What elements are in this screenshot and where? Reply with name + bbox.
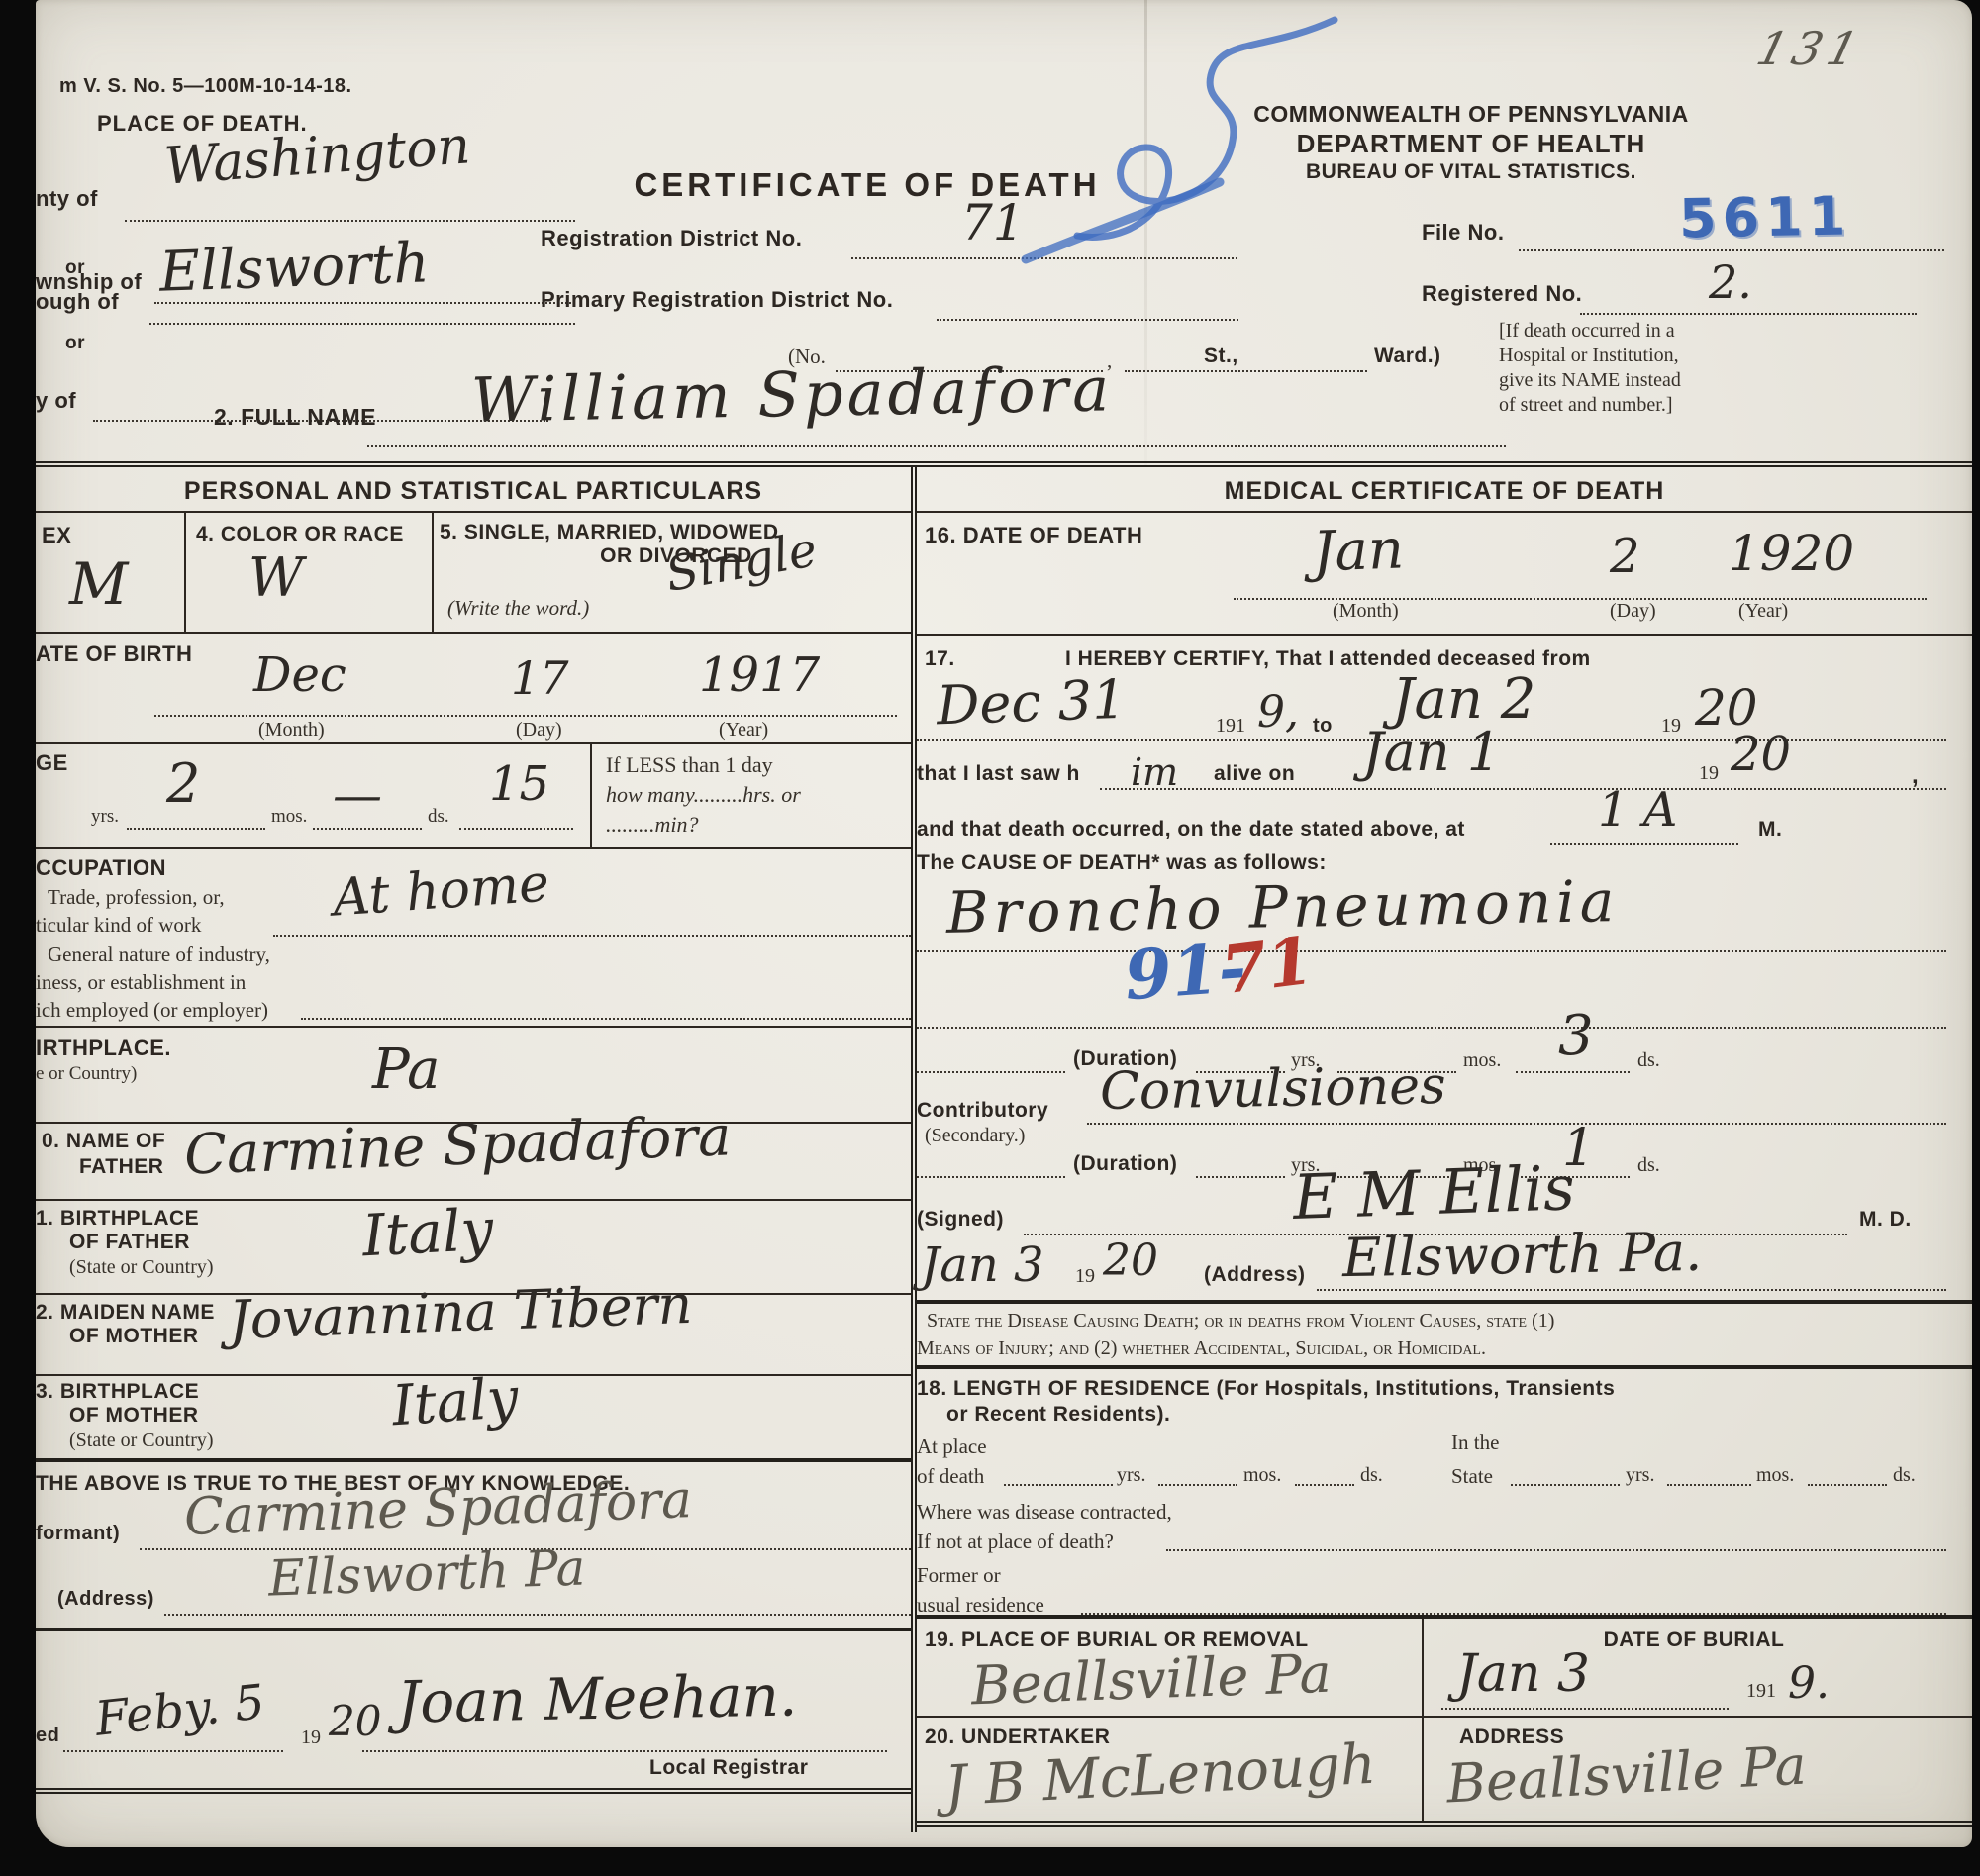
cell-divider bbox=[590, 744, 592, 847]
at-place-label-1: At place bbox=[917, 1434, 987, 1459]
m-label: M. bbox=[1758, 818, 1782, 841]
undertaker-row: 20. UNDERTAKER J B McLenough ADDRESS Bea… bbox=[917, 1718, 1972, 1827]
dod-day: 2 bbox=[1610, 529, 1640, 584]
county-label: nty of bbox=[36, 186, 98, 212]
contracted-line bbox=[1166, 1549, 1946, 1551]
certification-block: 17. I HEREBY CERTIFY, That I attended de… bbox=[917, 636, 1972, 1304]
dob-day: 17 bbox=[511, 651, 569, 705]
age-ds-line bbox=[459, 828, 573, 830]
residence-label-1: 18. LENGTH OF RESIDENCE (For Hospitals, … bbox=[917, 1377, 1615, 1401]
burial-year-value: 9. bbox=[1788, 1658, 1830, 1709]
primary-registration-label: Primary Registration District No. bbox=[541, 287, 893, 313]
race-value: W bbox=[248, 546, 304, 609]
filed-date-value: Feby. 5 bbox=[93, 1674, 268, 1747]
registered-no-label: Registered No. bbox=[1422, 281, 1582, 307]
city-label: y of bbox=[36, 388, 76, 414]
length-of-residence-row: 18. LENGTH OF RESIDENCE (For Hospitals, … bbox=[917, 1369, 1972, 1619]
sex-race-marital-row: EX M 4. COLOR OR RACE W 5. SINGLE, MARRI… bbox=[36, 513, 911, 634]
or-label-2: or bbox=[65, 333, 85, 354]
last-saw-pre: that I last saw h bbox=[917, 762, 1080, 786]
father-label-1: 0. NAME OF bbox=[42, 1130, 165, 1153]
duration1-ds-line bbox=[1516, 1071, 1630, 1073]
file-no-label: File No. bbox=[1422, 220, 1504, 246]
atplace-mos-caption: mos. bbox=[1243, 1464, 1281, 1487]
former-label-1: Former or bbox=[917, 1563, 1001, 1588]
filed-label: ed bbox=[36, 1725, 59, 1747]
father-name-row: 0. NAME OF FATHER Carmine Spadafora bbox=[36, 1124, 911, 1201]
contributory-line bbox=[1087, 1123, 1946, 1125]
instate-mos-line bbox=[1667, 1484, 1751, 1486]
time-value: 1 A bbox=[1598, 782, 1677, 838]
race-label: 4. COLOR OR RACE bbox=[196, 523, 404, 546]
borough-line bbox=[149, 323, 575, 325]
saw-year-value: 20 bbox=[1731, 727, 1791, 782]
father-birthplace-value: Italy bbox=[360, 1196, 495, 1270]
time-line bbox=[1550, 843, 1738, 845]
burial-year-printed: 191 bbox=[1746, 1680, 1776, 1703]
filed-year-value: 20 bbox=[329, 1697, 381, 1745]
full-name-value: William Spadafora bbox=[470, 352, 1113, 436]
right-section-title: MEDICAL CERTIFICATE OF DEATH bbox=[917, 467, 1972, 513]
duration2-yrs-line bbox=[1196, 1176, 1285, 1178]
birthplace-caption: e or Country) bbox=[36, 1063, 137, 1085]
county-line bbox=[125, 220, 575, 222]
instate-yrs-caption: yrs. bbox=[1626, 1464, 1654, 1487]
occupation-a1: Trade, profession, or, bbox=[48, 885, 225, 910]
mother-bp-caption: (State or Country) bbox=[69, 1430, 214, 1452]
st-label: St., bbox=[1204, 345, 1238, 368]
dod-year: 1920 bbox=[1729, 525, 1854, 582]
father-bp-caption: (State or Country) bbox=[69, 1256, 214, 1279]
age-yrs-caption: yrs. bbox=[91, 806, 119, 828]
contributory-value: Convulsiones bbox=[1100, 1056, 1447, 1122]
mother-label-2: OF MOTHER bbox=[69, 1325, 199, 1348]
occupation-value: At home bbox=[331, 853, 551, 928]
mother-label-1: 2. MAIDEN NAME bbox=[36, 1301, 215, 1325]
attended-from-date: Dec 31 bbox=[936, 668, 1127, 738]
mother-name-row: 2. MAIDEN NAME OF MOTHER Jovannina Tiber… bbox=[36, 1295, 911, 1376]
mother-birthplace-value: Italy bbox=[390, 1366, 521, 1439]
borough-value: Ellsworth bbox=[158, 231, 431, 304]
ward-label: Ward.) bbox=[1374, 345, 1441, 368]
dob-label: ATE OF BIRTH bbox=[36, 642, 192, 667]
mother-bp-label-2: OF MOTHER bbox=[69, 1404, 199, 1428]
last-saw-line bbox=[1100, 788, 1946, 790]
less-than-day-note-3: .........min? bbox=[606, 812, 699, 838]
dod-label: 16. DATE OF DEATH bbox=[925, 523, 1142, 548]
registrar-signature: Joan Meehan. bbox=[396, 1661, 797, 1735]
sex-value: M bbox=[69, 550, 128, 618]
medical-certificate-column: MEDICAL CERTIFICATE OF DEATH 16. DATE OF… bbox=[911, 467, 1972, 1832]
undertaker-label: 20. UNDERTAKER bbox=[925, 1726, 1110, 1749]
dod-month: Jan bbox=[1312, 517, 1405, 584]
date-of-birth-row: ATE OF BIRTH Dec 17 1917 (Month) (Day) (… bbox=[36, 634, 911, 744]
cell-divider bbox=[1422, 1718, 1424, 1821]
duration2-ds-caption: ds. bbox=[1637, 1154, 1660, 1177]
duration1-value: 3 bbox=[1558, 1004, 1594, 1068]
father-bp-label-2: OF FATHER bbox=[69, 1231, 190, 1254]
sex-label: EX bbox=[42, 523, 71, 548]
cause-line-2 bbox=[917, 1027, 1946, 1029]
signed-label: (Signed) bbox=[917, 1208, 1004, 1232]
informant-address-line bbox=[164, 1614, 911, 1616]
registered-no-value: 2. bbox=[1709, 255, 1752, 309]
age-ds-value: 15 bbox=[489, 756, 549, 812]
full-name-label: 2. FULL NAME bbox=[214, 404, 376, 431]
in-state-label-2: State bbox=[1451, 1464, 1493, 1489]
last-saw-him: im bbox=[1131, 750, 1178, 794]
saw-year-printed: 19 bbox=[1699, 762, 1719, 785]
cell-divider bbox=[1422, 1619, 1424, 1716]
to-word: to bbox=[1313, 715, 1333, 738]
informant-label: formant) bbox=[36, 1523, 120, 1545]
age-yrs-line bbox=[127, 828, 265, 830]
former-line bbox=[1081, 1613, 1946, 1615]
dob-month: Dec bbox=[253, 647, 346, 703]
occupation-line-b bbox=[301, 1018, 911, 1020]
form-number: m V. S. No. 5—100M-10-14-18. bbox=[59, 75, 352, 98]
duration1-ds-caption: ds. bbox=[1637, 1049, 1660, 1072]
burial-date-line bbox=[1441, 1708, 1729, 1710]
at-place-label-2: of death bbox=[917, 1464, 984, 1489]
contributory-label: Contributory bbox=[917, 1099, 1048, 1123]
cause-line-1 bbox=[917, 950, 1946, 952]
full-name-line bbox=[367, 445, 1506, 447]
dod-day-caption: (Day) bbox=[1610, 600, 1656, 623]
occupation-label: CCUPATION bbox=[36, 855, 166, 881]
informant-address-value: Ellsworth Pa bbox=[267, 1538, 586, 1607]
burial-date-value: Jan 3 bbox=[1456, 1644, 1590, 1704]
age-mos-caption: mos. bbox=[271, 806, 307, 828]
registration-district-value: 71 bbox=[961, 194, 1025, 251]
instate-ds-line bbox=[1808, 1484, 1887, 1486]
occurred-text: and that death occurred, on the date sta… bbox=[917, 818, 1465, 841]
duration2-label: (Duration) bbox=[1073, 1152, 1177, 1176]
left-section-title: PERSONAL AND STATISTICAL PARTICULARS bbox=[36, 467, 911, 513]
father-label-2: FATHER bbox=[79, 1155, 163, 1179]
item-17-number: 17. bbox=[925, 647, 955, 671]
cell-divider bbox=[184, 513, 186, 632]
file-no-stamp: 5611 bbox=[1678, 184, 1851, 249]
md-label: M. D. bbox=[1859, 1208, 1912, 1232]
age-mos-line bbox=[313, 828, 422, 830]
birthplace-row: IRTHPLACE. e or Country) Pa bbox=[36, 1028, 911, 1124]
borough-label: ough of bbox=[36, 289, 119, 315]
scanned-death-certificate: m V. S. No. 5—100M-10-14-18. PLACE OF DE… bbox=[0, 0, 1980, 1876]
page-number-pencil: 131 bbox=[1751, 22, 1869, 75]
form-body: PERSONAL AND STATISTICAL PARTICULARS EX … bbox=[36, 461, 1972, 1832]
secondary-caption: (Secondary.) bbox=[925, 1125, 1025, 1147]
registration-district-label: Registration District No. bbox=[541, 226, 802, 251]
certificate-paper: m V. S. No. 5—100M-10-14-18. PLACE OF DE… bbox=[36, 0, 1972, 1847]
last-saw-post: alive on bbox=[1214, 762, 1295, 786]
atplace-ds-line bbox=[1295, 1484, 1354, 1486]
duration2-lead-line bbox=[917, 1176, 1065, 1178]
atplace-yrs-line bbox=[1004, 1484, 1113, 1486]
signature-address-value: Ellsworth Pa. bbox=[1341, 1221, 1702, 1289]
undertaker-address-label: ADDRESS bbox=[1459, 1726, 1564, 1749]
duration1-lead-line bbox=[917, 1071, 1065, 1073]
informant-address-row: (Address) Ellsworth Pa bbox=[36, 1556, 911, 1631]
occupation-b3: ich employed (or employer) bbox=[36, 998, 268, 1023]
personal-particulars-column: PERSONAL AND STATISTICAL PARTICULARS EX … bbox=[36, 467, 911, 1832]
signature-address-line bbox=[1317, 1289, 1946, 1291]
atplace-mos-line bbox=[1158, 1484, 1237, 1486]
occupation-row: CCUPATION Trade, profession, or, ticular… bbox=[36, 849, 911, 1028]
filed-date-line bbox=[63, 1750, 283, 1752]
residence-label-2: or Recent Residents). bbox=[946, 1403, 1170, 1427]
cell-divider bbox=[432, 513, 434, 632]
ward-line bbox=[1258, 370, 1367, 372]
cause-intro: The CAUSE OF DEATH* was as follows: bbox=[917, 851, 1327, 875]
occupation-a2: ticular kind of work bbox=[36, 913, 201, 938]
age-mos-value: — bbox=[333, 766, 382, 824]
occupation-b1: General nature of industry, bbox=[48, 942, 270, 967]
dob-month-caption: (Month) bbox=[258, 719, 325, 741]
age-yrs-value: 2 bbox=[166, 752, 200, 815]
in-state-label-1: In the bbox=[1451, 1431, 1499, 1455]
date-of-death-row: 16. DATE OF DEATH Jan 2 1920 (Month) (Da… bbox=[917, 513, 1972, 636]
local-registrar-label: Local Registrar bbox=[649, 1756, 808, 1780]
hospital-note: [If death occurred in a Hospital or Inst… bbox=[1499, 319, 1845, 418]
footnote-line-2: Means of Injury; and (2) whether Acciden… bbox=[917, 1337, 1486, 1360]
father-bp-label-1: 1. BIRTHPLACE bbox=[36, 1207, 199, 1231]
signature-date: Jan 3 bbox=[921, 1237, 1044, 1293]
primary-registration-line bbox=[937, 319, 1238, 321]
footnote-line-1: State the Disease Causing Death; or in d… bbox=[927, 1310, 1554, 1333]
less-than-day-note-1: If LESS than 1 day bbox=[606, 752, 773, 778]
dob-year: 1917 bbox=[699, 647, 820, 703]
to-year-printed: 19 bbox=[1661, 715, 1681, 738]
footnote-row: State the Disease Causing Death; or in d… bbox=[917, 1304, 1972, 1369]
signature-year-value: 20 bbox=[1103, 1235, 1158, 1286]
atplace-ds-caption: ds. bbox=[1360, 1464, 1383, 1487]
mother-bp-label-1: 3. BIRTHPLACE bbox=[36, 1380, 199, 1404]
instate-mos-caption: mos. bbox=[1756, 1464, 1794, 1487]
registrar-signature-line bbox=[362, 1750, 887, 1752]
age-ds-caption: ds. bbox=[428, 806, 449, 828]
burial-row: 19. PLACE OF BURIAL OR REMOVAL Beallsvil… bbox=[917, 1619, 1972, 1718]
from-year-printed: 191 bbox=[1216, 715, 1245, 738]
duration1-mos-caption: mos. bbox=[1463, 1049, 1501, 1072]
instate-yrs-line bbox=[1511, 1484, 1620, 1486]
signature-address-label: (Address) bbox=[1204, 1263, 1306, 1287]
dod-month-caption: (Month) bbox=[1333, 600, 1399, 623]
less-than-day-note-2: how many.........hrs. or bbox=[606, 782, 801, 808]
filed-row: ed Feby. 5 19 20 Joan Meehan. Local Regi… bbox=[36, 1631, 911, 1794]
mother-birthplace-row: 3. BIRTHPLACE OF MOTHER (State or Countr… bbox=[36, 1376, 911, 1462]
dob-year-caption: (Year) bbox=[719, 719, 768, 741]
dob-line bbox=[154, 715, 897, 717]
age-row: GE yrs. 2 mos. — ds. 15 If LESS than 1 d… bbox=[36, 744, 911, 849]
registered-no-line bbox=[1580, 313, 1917, 315]
birthplace-value: Pa bbox=[372, 1037, 441, 1102]
occupation-b2: iness, or establishment in bbox=[36, 970, 246, 995]
occupation-line-a bbox=[273, 935, 911, 937]
contracted-label-2: If not at place of death? bbox=[917, 1530, 1114, 1554]
age-label: GE bbox=[36, 750, 68, 776]
dod-year-caption: (Year) bbox=[1738, 600, 1788, 623]
signature-year-printed: 19 bbox=[1075, 1265, 1095, 1288]
saw-comma: , bbox=[1912, 762, 1919, 790]
filed-year-printed: 19 bbox=[301, 1727, 321, 1749]
dob-day-caption: (Day) bbox=[516, 719, 562, 741]
burial-place-value: Beallsville Pa bbox=[970, 1642, 1333, 1718]
blue-pen-scribble-icon bbox=[1016, 0, 1362, 277]
atplace-yrs-caption: yrs. bbox=[1117, 1464, 1145, 1487]
informant-address-label: (Address) bbox=[57, 1588, 154, 1611]
instate-ds-caption: ds. bbox=[1893, 1464, 1916, 1487]
birthplace-label: IRTHPLACE. bbox=[36, 1036, 171, 1061]
file-no-line bbox=[1519, 249, 1944, 251]
physician-signature: E M Ellis bbox=[1292, 1151, 1576, 1234]
code-red-value: 71 bbox=[1218, 922, 1318, 1010]
last-saw-date: Jan 1 bbox=[1362, 721, 1501, 783]
or-label-1: or bbox=[65, 257, 85, 279]
contracted-label-1: Where was disease contracted, bbox=[917, 1500, 1172, 1525]
former-label-2: usual residence bbox=[917, 1593, 1044, 1618]
marital-note: (Write the word.) bbox=[447, 596, 589, 621]
from-year-value: 9, bbox=[1257, 687, 1299, 738]
